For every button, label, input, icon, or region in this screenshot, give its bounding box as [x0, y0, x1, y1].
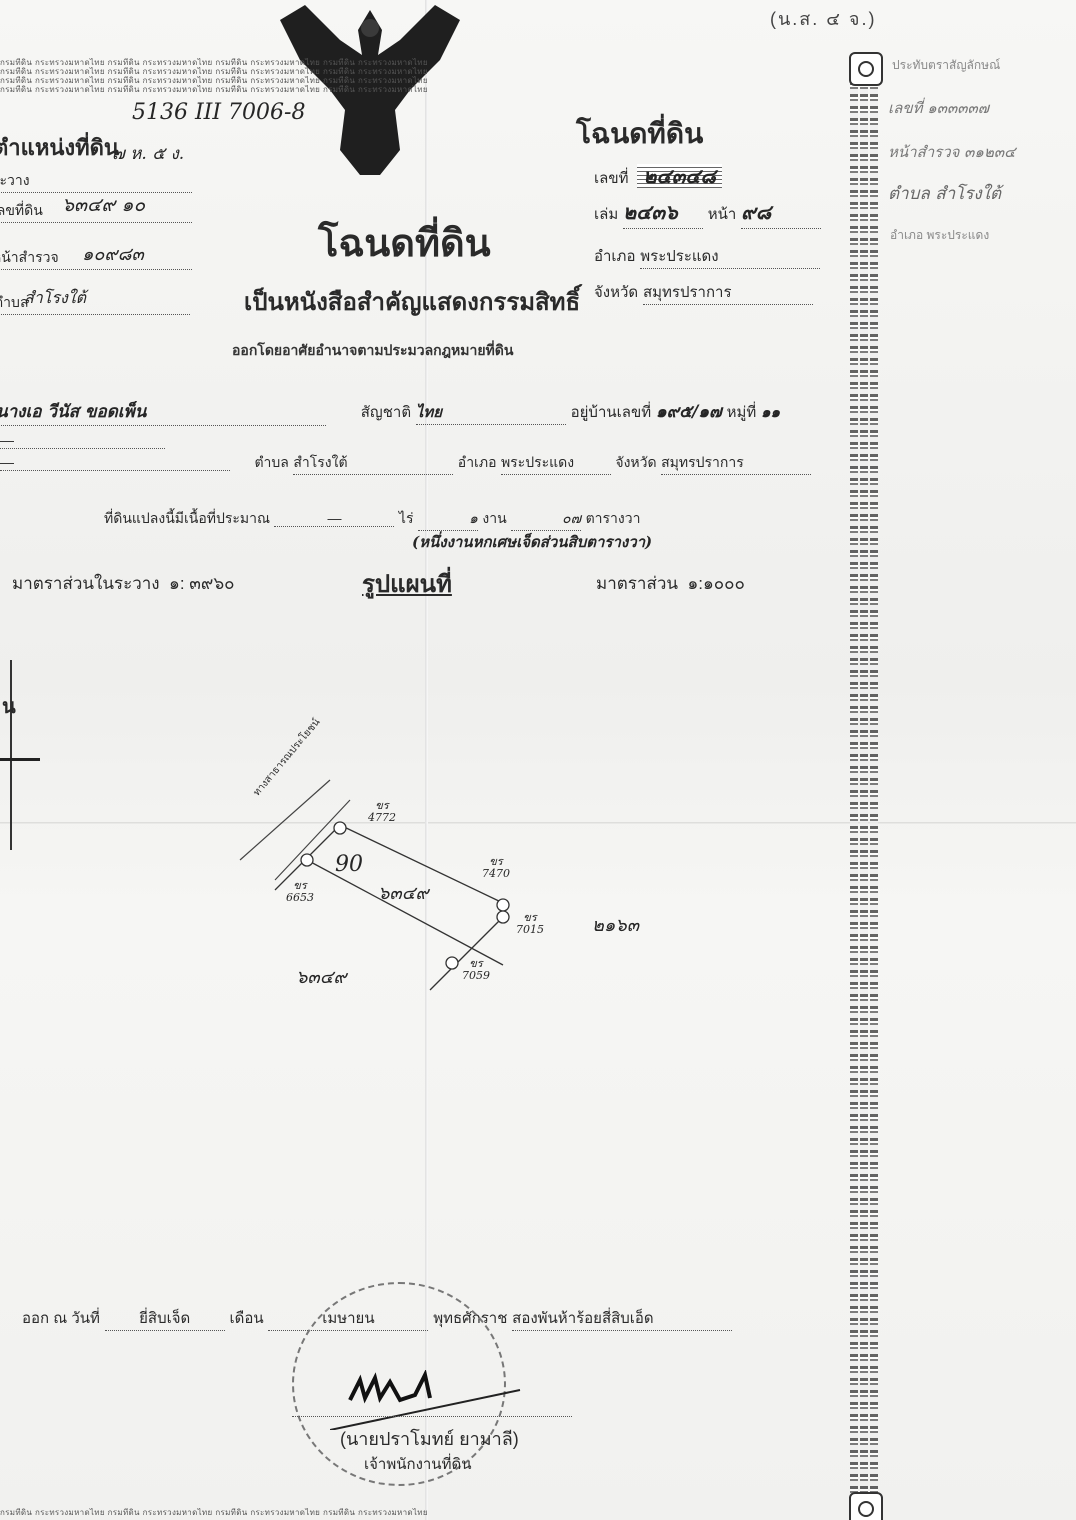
marker-label: ขร7470 — [482, 856, 510, 880]
marker-label: ขร7059 — [462, 958, 490, 982]
parcel-below: ๖๓๔๙ — [296, 962, 347, 991]
side-note: ประทับตราสัญลักษณ์ — [892, 56, 1000, 75]
parcel-right: ๒๑๖๓ — [592, 910, 639, 939]
watermark-row: กรมที่ดิน กระทรวงมหาดไทย กรมที่ดิน กระทร… — [0, 85, 840, 94]
deed-box-title: โฉนดที่ดิน — [576, 112, 703, 156]
marker-label: ขร7015 — [516, 912, 544, 936]
land-title-deed: (น.ส. ๔ จ.) กรมที่ดิน กระทรวงมหาดไทย กรม… — [0, 0, 1076, 1520]
signature — [330, 1370, 530, 1430]
marker-label: ขร4772 — [368, 800, 396, 824]
map-title: รูปแผนที่ — [362, 564, 452, 603]
location-row-survey: หน้าสำรวจ ๑๐๙๘๓ — [0, 247, 192, 270]
document-title: โฉนดที่ดิน — [318, 212, 491, 273]
owner-line: นางเอ วีนัส ขอดเพ็น สัญชาติ ไทย อยู่บ้าน… — [0, 398, 836, 426]
location-row-subdistrict: ตำบล สำโรงใต้ — [0, 292, 190, 315]
scale-left: มาตราส่วนในระวาง ๑: ๓๙๖๐ — [12, 570, 235, 597]
watermark-row: กรมที่ดิน กระทรวงมหาดไทย กรมที่ดิน กระทร… — [0, 58, 840, 67]
axis-tick — [0, 758, 40, 761]
marker-label: ขร6653 — [286, 880, 314, 904]
ornament-icon — [849, 52, 883, 86]
signer-title: เจ้าพนักงานที่ดิน — [364, 1452, 471, 1476]
deed-number: เลขที่ ๒๔๓๔๘ — [594, 160, 722, 192]
deed-district: อำเภอ พระประแดง — [594, 244, 820, 269]
address-line: — ตำบล สำโรงใต้ อำเภอ พระประแดง จังหวัด … — [0, 452, 840, 475]
parcel-code: 90 — [335, 852, 363, 877]
scale-right: มาตราส่วน ๑:๑๐๐๐ — [596, 570, 745, 597]
side-note: เลขที่ ๑๓๓๓๓๗ — [888, 96, 989, 120]
watermark-row: กรมที่ดิน กระทรวงมหาดไทย กรมที่ดิน กระทร… — [0, 67, 840, 76]
deed-province: จังหวัด สมุทรปราการ — [594, 280, 813, 305]
location-row-parcel: เลขที่ดิน ๖๓๔๙ ๑๐ — [0, 200, 192, 223]
security-strip — [848, 70, 884, 1510]
watermark-row: กรมที่ดิน กระทรวงมหาดไทย กรมที่ดิน กระทร… — [0, 76, 840, 85]
document-subtitle: เป็นหนังสือสำคัญแสดงกรรมสิทธิ์ — [244, 282, 580, 321]
ornament-icon — [849, 1492, 883, 1520]
handwritten-reference: 5136 III 7006-8 — [132, 100, 305, 125]
north-arrow-icon — [10, 660, 12, 850]
area-line: ที่ดินแปลงนี้มีเนื้อที่ประมาณ — ไร่ ๑ งา… — [104, 508, 640, 531]
parcel-main: ๖๓๔๙ — [378, 878, 429, 907]
form-code: (น.ส. ๔ จ.) — [770, 4, 876, 33]
side-note: ตำบล สำโรงใต้ — [888, 180, 1001, 207]
owner-name: นางเอ วีนัส ขอดเพ็น — [0, 398, 326, 426]
deed-volume-page: เล่ม ๒๔๓๖ หน้า ๙๘ — [594, 196, 821, 229]
north-label: น — [2, 690, 16, 722]
issued-under: ออกโดยอาศัยอำนาจตามประมวลกฎหมายที่ดิน — [232, 340, 513, 362]
land-location-header: ตำแหน่งที่ดิน — [0, 130, 119, 165]
side-note: หน้าสำรวจ ๓๑๒๓๔ — [888, 140, 1015, 164]
area-in-words: (หนึ่งงานหกเศษเจ็ดส่วนสิบตารางวา) — [412, 530, 652, 554]
signature-line — [292, 1416, 572, 1417]
side-note: อำเภอ พระประแดง — [890, 226, 989, 245]
road-row: — — [0, 432, 165, 449]
signer-name: (นายปราโมทย์ ยามาลี) — [340, 1424, 519, 1453]
watermark-row: กรมที่ดิน กระทรวงมหาดไทย กรมที่ดิน กระทร… — [0, 1508, 840, 1517]
